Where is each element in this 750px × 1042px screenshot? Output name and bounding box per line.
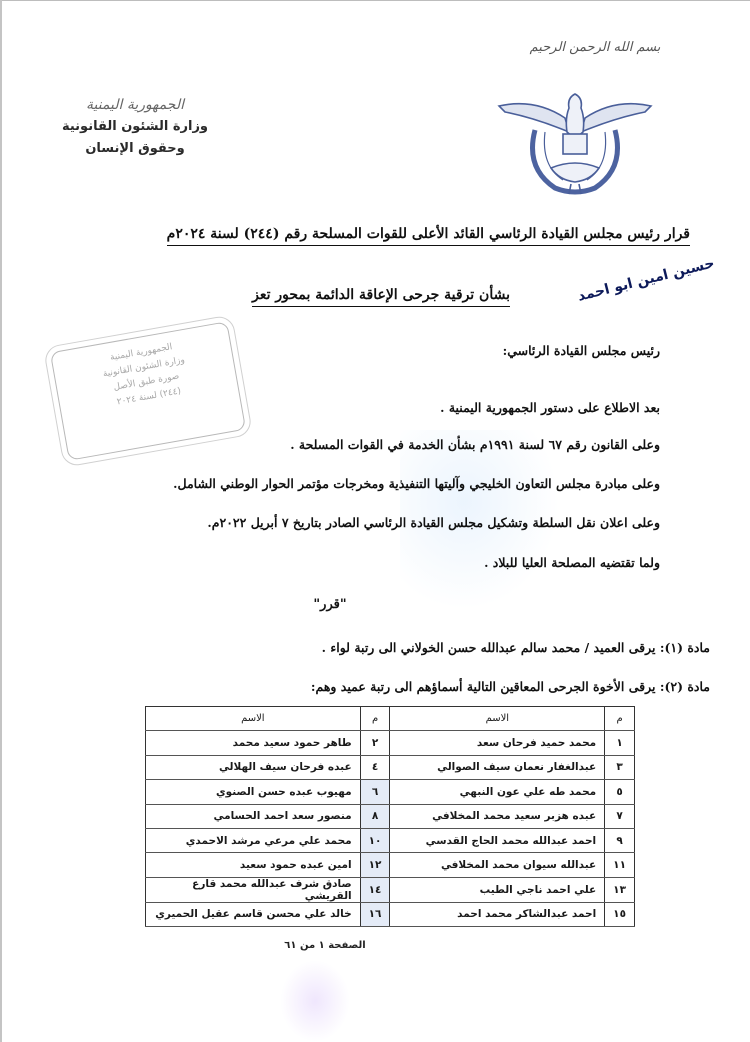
row-name: محمد علي مرعي مرشد الاحمدي (146, 828, 361, 852)
republic-name: الجمهورية اليمنية (60, 94, 210, 116)
row-number: ٤ (360, 755, 390, 779)
row-number: ١٥ (605, 902, 635, 926)
row-name: عبدالغفار نعمان سيف الصوالي (390, 755, 605, 779)
row-number: ٦ (360, 780, 390, 804)
preamble-clause: ولما تقتضيه المصلحة العليا للبلاد . (484, 555, 660, 570)
table-row: ٣ عبدالغفار نعمان سيف الصوالي ٤ عبده فرح… (146, 755, 635, 779)
row-number: ١٢ (360, 853, 390, 877)
row-name: محمد حميد فرحان سعد (390, 731, 605, 755)
page-edge-top (0, 0, 750, 1)
row-name: عبده هزبر سعيد محمد المخلافي (390, 804, 605, 828)
ministry-name-cont: وحقوق الإنسان (60, 138, 210, 160)
row-name: عبدالله سيوان محمد المخلافي (390, 853, 605, 877)
row-number: ٨ (360, 804, 390, 828)
header-num: م (360, 707, 390, 731)
row-name: احمد عبدالله محمد الحاج القدسي (390, 828, 605, 852)
row-name: طاهر حمود سعيد محمد (146, 731, 361, 755)
page-edge-left (0, 0, 2, 1042)
row-name: مهيوب عبده حسن الصنوي (146, 780, 361, 804)
row-name: صادق شرف عبدالله محمد قارع القريشي (146, 877, 361, 902)
row-name: علي احمد ناجي الطيب (390, 877, 605, 902)
promotion-roster-table: م الاسم م الاسم ١ محمد حميد فرحان سعد ٢ … (145, 706, 635, 927)
article-1: مادة (١): يرقى العميد / محمد سالم عبدالل… (322, 640, 710, 655)
row-number: ٣ (605, 755, 635, 779)
decree-title: قرار رئيس مجلس القيادة الرئاسي القائد ال… (167, 226, 690, 246)
row-name: خالد علي محسن قاسم عقيل الحميري (146, 902, 361, 926)
table-row: ١ محمد حميد فرحان سعد ٢ طاهر حمود سعيد م… (146, 731, 635, 755)
preamble-clause: وعلى القانون رقم ٦٧ لسنة ١٩٩١م بشأن الخد… (290, 437, 660, 452)
article-2: مادة (٢): يرقى الأخوة الجرحى المعاقين ال… (311, 679, 710, 694)
row-name: محمد طه علي عون النبهي (390, 780, 605, 804)
ink-smudge (280, 960, 350, 1042)
row-name: احمد عبدالشاكر محمد احمد (390, 902, 605, 926)
preamble-clause: وعلى مبادرة مجلس التعاون الخليجي وآليتها… (173, 476, 660, 491)
header-num: م (605, 707, 635, 731)
table-header-row: م الاسم م الاسم (146, 707, 635, 731)
issuer-line: رئيس مجلس القيادة الرئاسي: (503, 343, 660, 358)
row-number: ٥ (605, 780, 635, 804)
row-name: امين عبده حمود سعيد (146, 853, 361, 877)
handwritten-annotation: حسين امين ابو احمد (576, 255, 716, 304)
official-stamp: الجمهورية اليمنية وزارة الشئون القانونية… (50, 321, 246, 461)
table-row: ٥ محمد طه علي عون النبهي ٦ مهيوب عبده حس… (146, 780, 635, 804)
row-number: ٢ (360, 731, 390, 755)
table-row: ١٣ علي احمد ناجي الطيب ١٤ صادق شرف عبدال… (146, 877, 635, 902)
row-number: ١٦ (360, 902, 390, 926)
header-name: الاسم (390, 707, 605, 731)
basmala: بسم الله الرحمن الرحيم (500, 40, 690, 55)
table-row: ٩ احمد عبدالله محمد الحاج القدسي ١٠ محمد… (146, 828, 635, 852)
decided-heading: "قرر" (310, 597, 350, 612)
row-number: ١١ (605, 853, 635, 877)
preamble-clause: وعلى اعلان نقل السلطة وتشكيل مجلس القياد… (207, 515, 660, 530)
row-name: منصور سعد احمد الحسامي (146, 804, 361, 828)
table-row: ٧ عبده هزبر سعيد محمد المخلافي ٨ منصور س… (146, 804, 635, 828)
page-number: الصفحة ١ من ٦١ (240, 940, 410, 951)
row-number: ٩ (605, 828, 635, 852)
preamble-clause: بعد الاطلاع على دستور الجمهورية اليمنية … (440, 400, 660, 415)
table-row: ١١ عبدالله سيوان محمد المخلافي ١٢ امين ع… (146, 853, 635, 877)
header-name: الاسم (146, 707, 361, 731)
ministry-letterhead: الجمهورية اليمنية وزارة الشئون القانونية… (60, 94, 210, 160)
table-row: ١٥ احمد عبدالشاكر محمد احمد ١٦ خالد علي … (146, 902, 635, 926)
row-name: عبده فرحان سيف الهلالي (146, 755, 361, 779)
ministry-name: وزارة الشئون القانونية (60, 116, 210, 138)
row-number: ١٣ (605, 877, 635, 902)
row-number: ١ (605, 731, 635, 755)
row-number: ١٠ (360, 828, 390, 852)
decree-subject: بشأن ترقية جرحى الإعاقة الدائمة بمحور تع… (252, 287, 510, 307)
row-number: ٧ (605, 804, 635, 828)
row-number: ١٤ (360, 877, 390, 902)
yemen-eagle-emblem-icon (495, 88, 655, 196)
